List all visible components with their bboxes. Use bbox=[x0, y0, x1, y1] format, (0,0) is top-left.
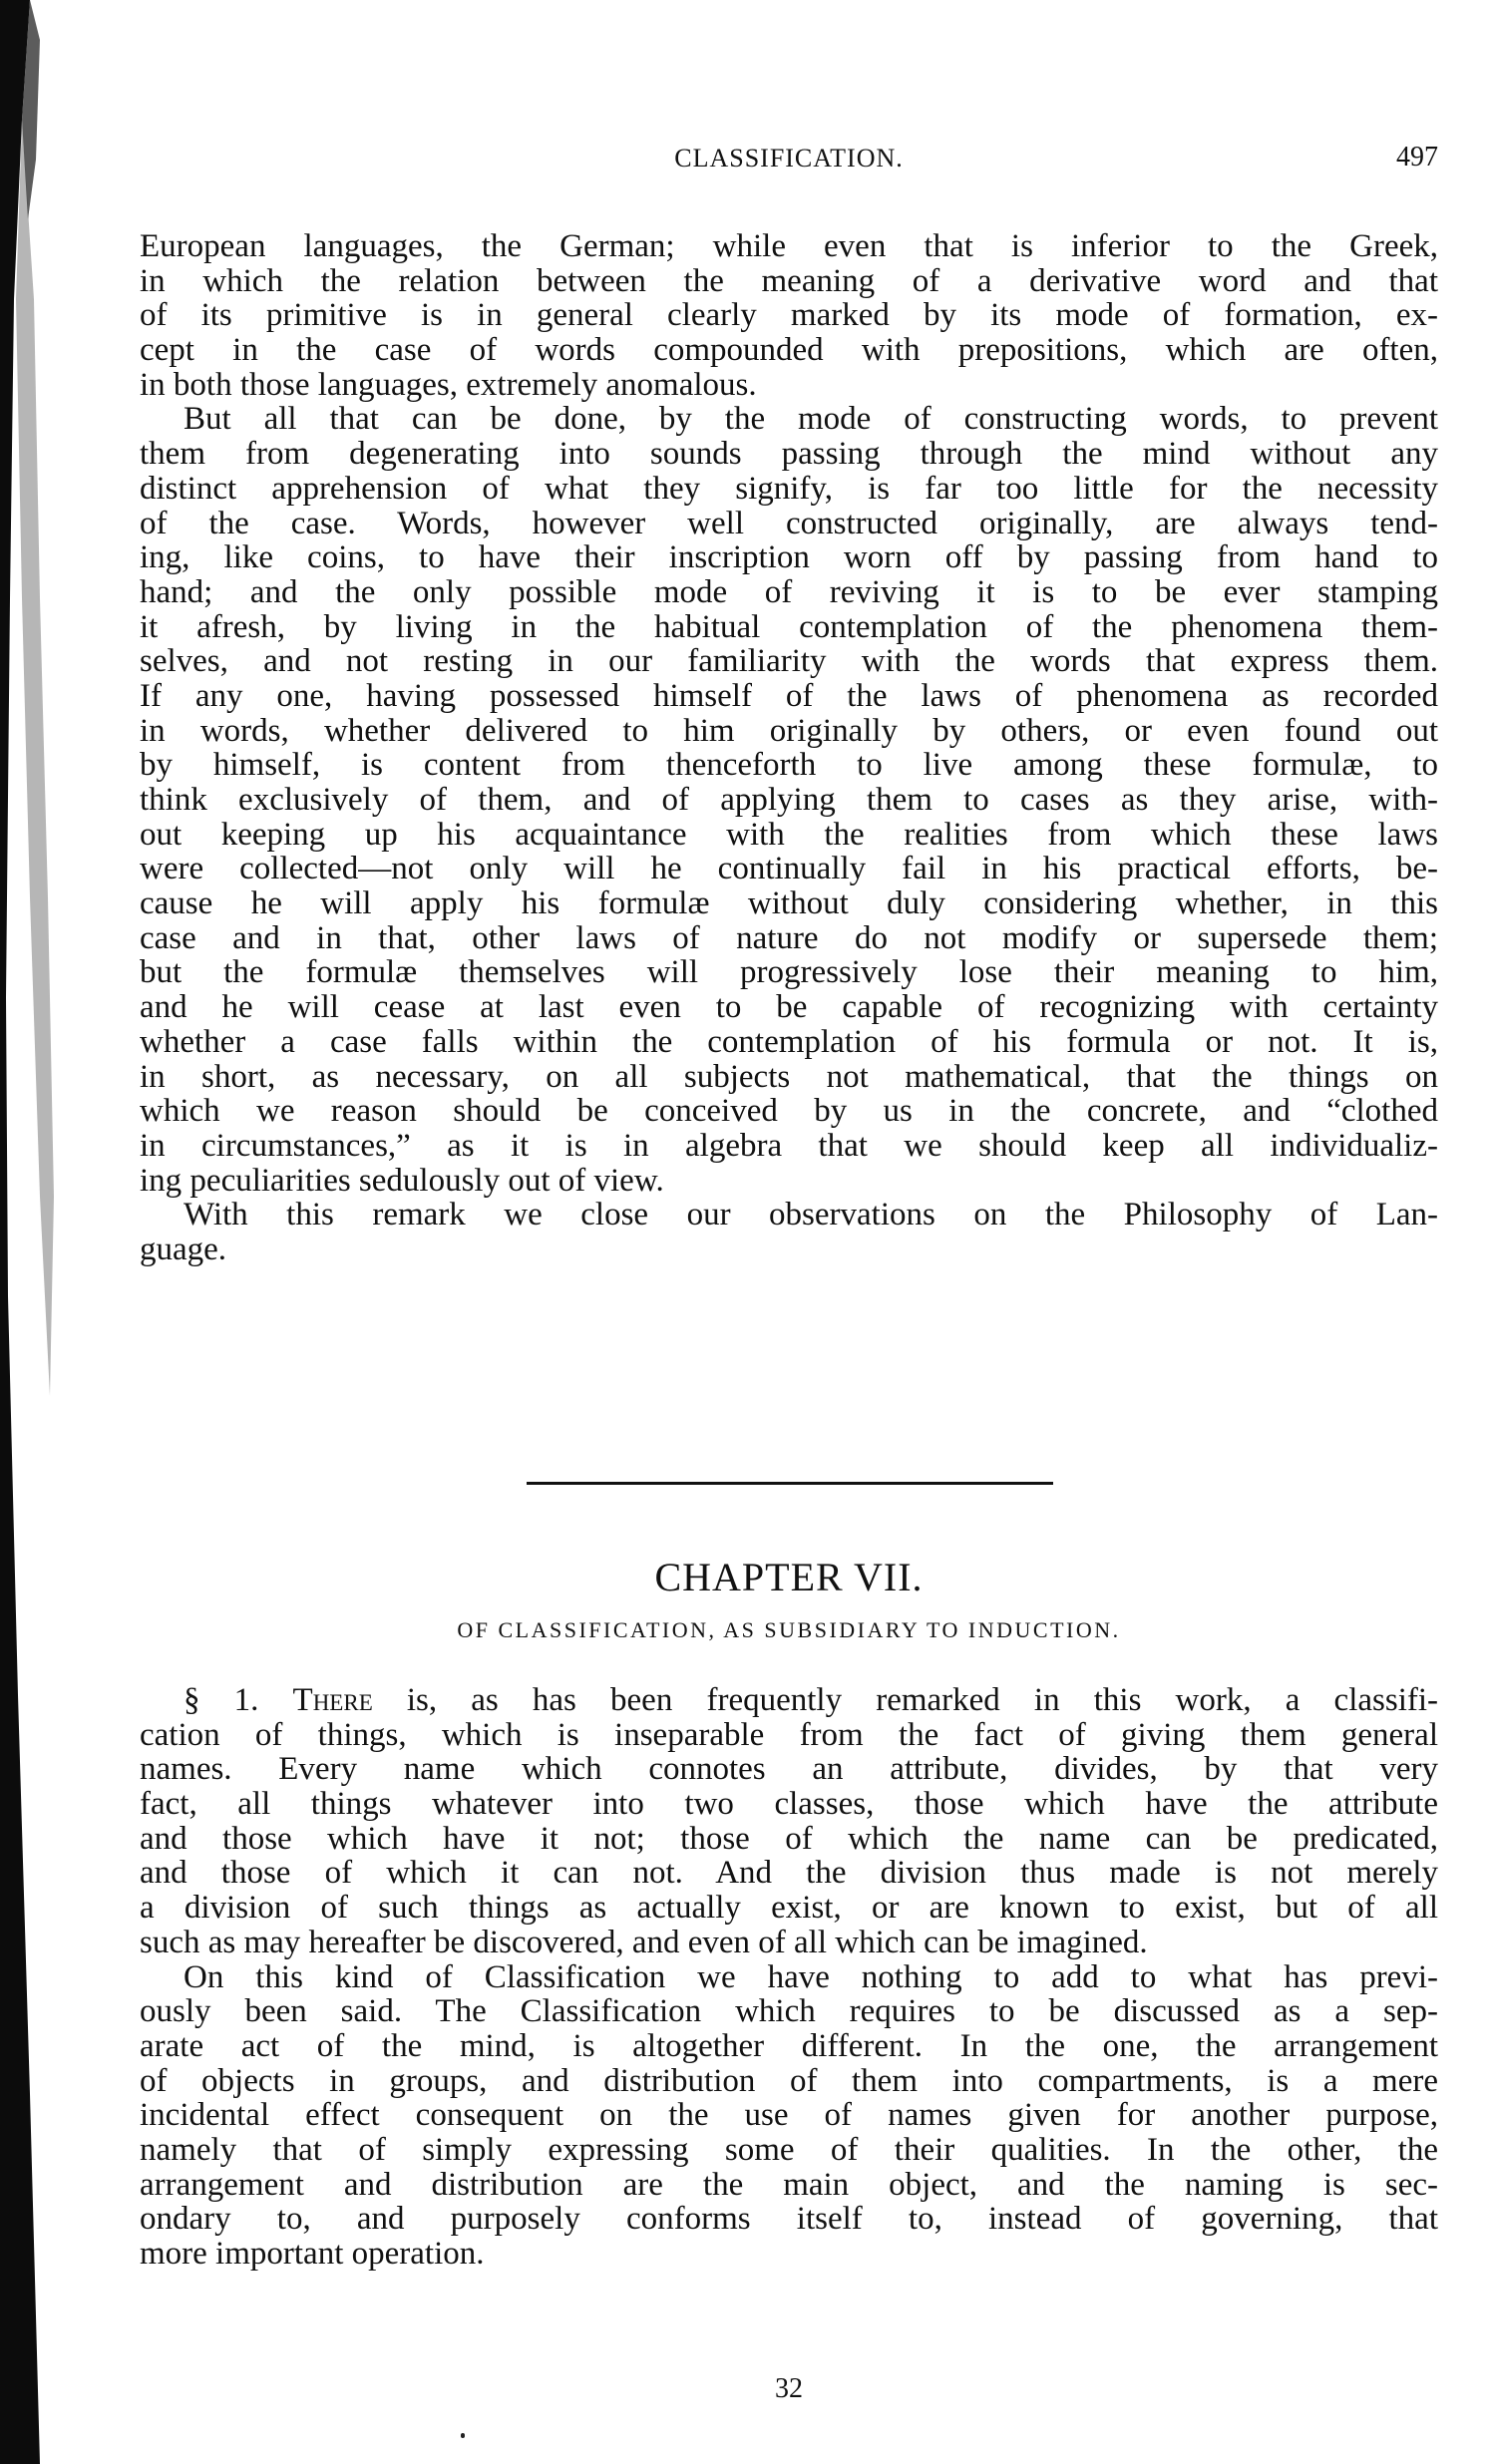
text-line: by himself, is content from thenceforth … bbox=[140, 748, 1438, 783]
text-line: them from degenerating into sounds passi… bbox=[140, 437, 1438, 472]
text-line: in which the relation between the meanin… bbox=[140, 264, 1438, 299]
text-line: but the formulæ themselves will progress… bbox=[140, 955, 1438, 990]
text-line: in both those languages, extremely anoma… bbox=[140, 368, 1438, 403]
text-line: out keeping up his acquaintance with the… bbox=[140, 818, 1438, 853]
text-line: namely that of simply expressing some of… bbox=[140, 2133, 1438, 2168]
chapter-body: § 1. There is, as has been frequently re… bbox=[140, 1683, 1438, 2272]
running-title: CLASSIFICATION. bbox=[140, 144, 1438, 174]
text-line: cept in the case of words compounded wit… bbox=[140, 333, 1438, 368]
chapter-title: CHAPTER VII. bbox=[140, 1554, 1438, 1600]
text-line: cause he will apply his formulæ without … bbox=[140, 886, 1438, 921]
text-line: ing, like coins, to have their inscripti… bbox=[140, 540, 1438, 575]
text-line: arate act of the mind, is altogether dif… bbox=[140, 2029, 1438, 2064]
paragraph-closing-remark: With this remark we close our observatio… bbox=[140, 1198, 1438, 1266]
section-1-paragraph: § 1. There is, as has been frequently re… bbox=[140, 1683, 1438, 1960]
text-line: and he will cease at last even to be cap… bbox=[140, 990, 1438, 1025]
text-line: such as may hereafter be discovered, and… bbox=[140, 1926, 1438, 1960]
text-line: But all that can be done, by the mode of… bbox=[140, 402, 1438, 437]
text-line: and those of which it can not. And the d… bbox=[140, 1856, 1438, 1891]
text-line: of the case. Words, however well constru… bbox=[140, 507, 1438, 541]
text-line: which we reason should be conceived by u… bbox=[140, 1094, 1438, 1129]
body-text-continued: European languages, the German; while ev… bbox=[140, 229, 1438, 1267]
text-line: whether a case falls within the contempl… bbox=[140, 1025, 1438, 1060]
text-line: of objects in groups, and distribution o… bbox=[140, 2064, 1438, 2099]
paragraph-continued: European languages, the German; while ev… bbox=[140, 229, 1438, 402]
text-line: and those which have it not; those of wh… bbox=[140, 1822, 1438, 1857]
text-line: it afresh, by living in the habitual con… bbox=[140, 610, 1438, 645]
section-1-second-paragraph: On this kind of Classification we have n… bbox=[140, 1960, 1438, 2272]
chapter-subtitle: OF CLASSIFICATION, AS SUBSIDIARY TO INDU… bbox=[140, 1617, 1438, 1643]
text-line: distinct apprehension of what they signi… bbox=[140, 472, 1438, 507]
text-line: in circumstances,” as it is in algebra t… bbox=[140, 1129, 1438, 1164]
text-line: selves, and not resting in our familiari… bbox=[140, 644, 1438, 679]
page-number: 497 bbox=[1396, 142, 1438, 174]
text-line: hand; and the only possible mode of revi… bbox=[140, 575, 1438, 610]
text-line: cation of things, which is inseparable f… bbox=[140, 1718, 1438, 1753]
text-line: arrangement and distribution are the mai… bbox=[140, 2168, 1438, 2203]
running-head: CLASSIFICATION. 497 bbox=[140, 140, 1438, 179]
text-line: names. Every name which connotes an attr… bbox=[140, 1752, 1438, 1787]
section-first-line-rest: is, as has been frequently remarked in t… bbox=[407, 1682, 1438, 1718]
text-line: guage. bbox=[140, 1232, 1438, 1267]
text-line: ing peculiarities sedulously out of view… bbox=[140, 1164, 1438, 1199]
text-line: incidental effect consequent on the use … bbox=[140, 2098, 1438, 2133]
scan-binding-shadow bbox=[0, 0, 80, 2464]
chapter-divider-rule bbox=[527, 1482, 1053, 1485]
text-line-section-start: § 1. There is, as has been frequently re… bbox=[140, 1683, 1438, 1718]
text-line: think exclusively of them, and of applyi… bbox=[140, 783, 1438, 818]
section-mark: § 1. bbox=[184, 1682, 258, 1718]
paragraph-words-worn: But all that can be done, by the mode of… bbox=[140, 402, 1438, 1198]
text-line: in words, whether delivered to him origi… bbox=[140, 714, 1438, 749]
text-line: ously been said. The Classification whic… bbox=[140, 1994, 1438, 2029]
text-line: in short, as necessary, on all subjects … bbox=[140, 1060, 1438, 1095]
text-line: European languages, the German; while ev… bbox=[140, 229, 1438, 264]
text-line: case and in that, other laws of nature d… bbox=[140, 921, 1438, 956]
text-line: On this kind of Classification we have n… bbox=[140, 1960, 1438, 1995]
scan-speck bbox=[461, 2433, 465, 2438]
printer-signature-mark: 32 bbox=[140, 2373, 1438, 2405]
section-lead-word: There bbox=[293, 1682, 373, 1718]
text-line: fact, all things whatever into two class… bbox=[140, 1787, 1438, 1822]
text-line: a division of such things as actually ex… bbox=[140, 1891, 1438, 1926]
text-line: If any one, having possessed himself of … bbox=[140, 679, 1438, 714]
text-line: were collected—not only will he continua… bbox=[140, 852, 1438, 886]
text-line: of its primitive is in general clearly m… bbox=[140, 298, 1438, 333]
text-line: ondary to, and purposely conforms itself… bbox=[140, 2202, 1438, 2237]
text-line: more important operation. bbox=[140, 2237, 1438, 2272]
text-line: With this remark we close our observatio… bbox=[140, 1198, 1438, 1232]
